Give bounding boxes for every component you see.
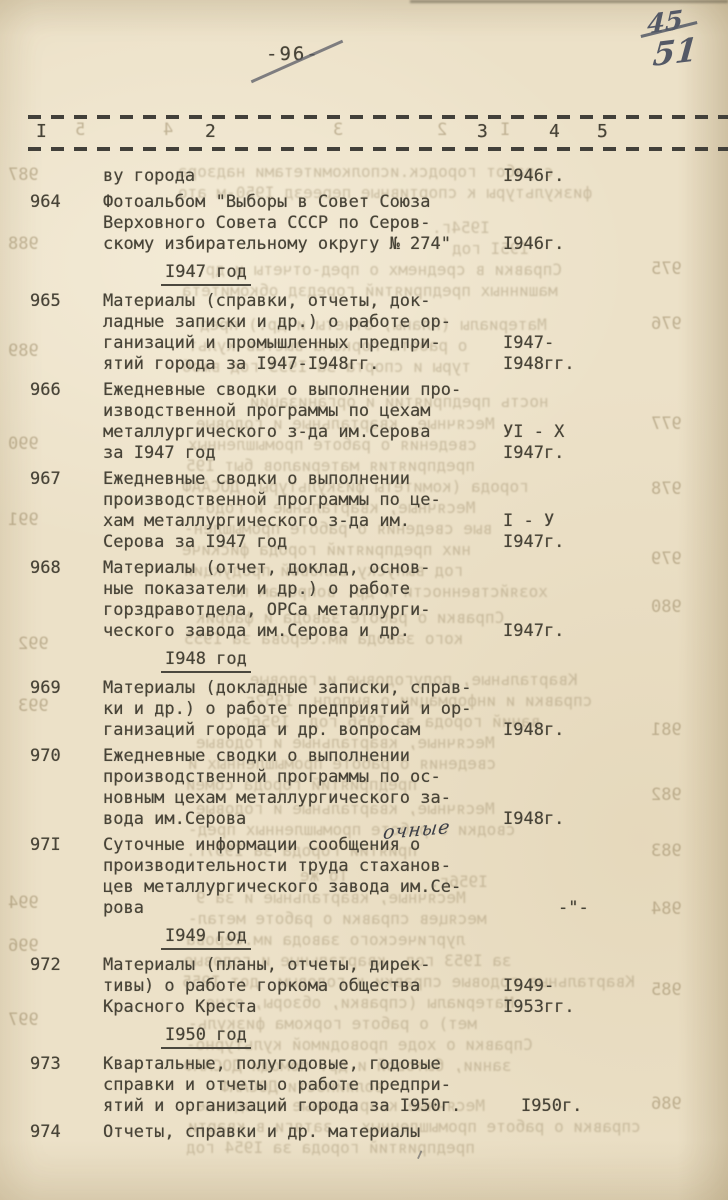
entry-date: I950г. xyxy=(521,1096,582,1117)
entry-number: 972 xyxy=(30,955,61,976)
entry-line: Квартальные, полугодовые, годовые xyxy=(103,1054,533,1075)
entry-row: 972Материалы (планы, отчеты, дирек-тивы)… xyxy=(0,955,728,1018)
entry-body: Квартальные, полугодовые, годовыесправки… xyxy=(103,1054,533,1117)
entry-line: скому избирательному округу № 274"I946г. xyxy=(103,234,533,255)
column-header: 3 xyxy=(477,121,488,142)
entry-number: 966 xyxy=(30,380,61,401)
entry-text: рова xyxy=(103,898,144,918)
column-header: 5 xyxy=(597,121,608,142)
entry-number: 967 xyxy=(30,469,61,490)
entry-line: ганизаций и промышленных предпри-I947- xyxy=(103,333,533,354)
entry-body: Материалы (планы, отчеты, дирек-тивы) о … xyxy=(103,955,533,1018)
entry-line: изводственной программы по цехам xyxy=(103,401,533,422)
entry-number: 973 xyxy=(30,1054,61,1075)
year-heading: I950 год xyxy=(0,1025,728,1049)
entry-line: производственной программы по ос- xyxy=(103,767,533,788)
entry-text: производительности труда стаханов- xyxy=(103,856,451,876)
entry-text: ческого завода им.Серова и др. xyxy=(103,621,410,641)
entry-line: хам металлургического з-да им.I - У xyxy=(103,511,533,532)
entry-line: Красного КрестаI953гг. xyxy=(103,997,533,1018)
scanned-page: с работ городск.исполкомитетами надзораф… xyxy=(0,0,728,1200)
entry-row: 974Отчеты, справки и др. материалы xyxy=(0,1122,728,1143)
entry-line: за I947 годI947г. xyxy=(103,443,533,464)
entry-line: Суточные информации сообщения оочные xyxy=(103,835,533,856)
entry-text: скому избирательному округу № 274" xyxy=(103,234,451,254)
entry-body: Ежедневные сводки о выполнениипроизводст… xyxy=(103,469,533,553)
entry-date: I948г. xyxy=(503,809,564,830)
entry-line: справки и отчеты о работе предпри- xyxy=(103,1075,533,1096)
entry-line: Ежедневные сводки о выполнении про- xyxy=(103,380,533,401)
entry-line: ные показатели и др.) о работе xyxy=(103,579,533,600)
entry-text: ву города xyxy=(103,166,195,186)
entry-text: производственной программы по ос- xyxy=(103,767,441,787)
entry-date: I947г. xyxy=(503,621,564,642)
entry-body: Суточные информации сообщения оочныепрои… xyxy=(103,835,533,919)
entry-line: ки и др.) о работе предприятий и ор- xyxy=(103,699,533,720)
entry-body: Материалы (справки, отчеты, док-ладные з… xyxy=(103,291,533,375)
entry-text: изводственной программы по цехам xyxy=(103,401,431,421)
entry-text: Материалы (планы, отчеты, дирек- xyxy=(103,955,431,975)
entry-line: ладные записки и др.) о работе ор- xyxy=(103,312,533,333)
entry-text: ладные записки и др.) о работе ор- xyxy=(103,312,451,332)
entry-text: за I947 год xyxy=(103,443,216,463)
entry-line: рова-"- xyxy=(103,898,533,919)
entry-text: Ежедневные сводки о выполнении про- xyxy=(103,380,461,400)
entry-date: I953гг. xyxy=(503,997,575,1018)
entry-text: вода им.Серова xyxy=(103,809,246,829)
entry-number: 974 xyxy=(30,1122,61,1143)
entry-date: -"- xyxy=(558,898,589,919)
entry-number: 964 xyxy=(30,192,61,213)
entry-line: производственной программы по це- xyxy=(103,490,533,511)
entry-text: ганизаций города и др. вопросам xyxy=(103,720,420,740)
entry-line: новным цехам металлургического за- xyxy=(103,788,533,809)
entry-line: ганизаций города и др. вопросамI948г. xyxy=(103,720,533,741)
entry-line: Ежедневные сводки о выполнении xyxy=(103,746,533,767)
entry-date: I947г. xyxy=(503,443,564,464)
year-heading-text: I947 год xyxy=(161,262,251,286)
entry-text: Верховного Совета СССР по Серов- xyxy=(103,213,431,233)
entry-date: I947г. xyxy=(503,532,564,553)
entry-body: Ежедневные сводки о выполнении про-извод… xyxy=(103,380,533,464)
entry-date: I948г. xyxy=(503,720,564,741)
entry-text: ные показатели и др.) о работе xyxy=(103,579,410,599)
entry-date: I946г. xyxy=(503,234,564,255)
entry-row: ву городаI946г. xyxy=(0,166,728,187)
column-header: 4 xyxy=(549,121,560,142)
entry-text: Суточные информации сообщения о xyxy=(103,835,420,855)
entry-row: 969Материалы (докладные записки, справ-к… xyxy=(0,678,728,741)
entry-text: Отчеты, справки и др. материалы xyxy=(103,1122,420,1142)
entry-text: Материалы (справки, отчеты, док- xyxy=(103,291,431,311)
entry-line: ятий и организаций города за I950г.I950г… xyxy=(103,1096,533,1117)
bleed-through-number: 3 xyxy=(333,120,343,140)
entry-text: Квартальные, полугодовые, годовые xyxy=(103,1054,441,1074)
entry-text: Материалы (отчет, доклад, основ- xyxy=(103,558,431,578)
entry-date: I947- xyxy=(503,333,554,354)
entry-row: 965Материалы (справки, отчеты, док-ладны… xyxy=(0,291,728,375)
entry-text: Фотоальбом "Выборы в Совет Союза xyxy=(103,192,431,212)
entry-text: Красного Креста xyxy=(103,997,257,1017)
entry-row: 97IСуточные информации сообщения оочныеп… xyxy=(0,835,728,919)
entry-date: I - У xyxy=(503,511,554,532)
year-heading: I948 год xyxy=(0,649,728,673)
year-heading: I947 год xyxy=(0,262,728,286)
entry-line: Ежедневные сводки о выполнении xyxy=(103,469,533,490)
entry-line: цев металлургического завода им.Се- xyxy=(103,877,533,898)
entry-line: ятий города за I947-I948гг.I948гг. xyxy=(103,354,533,375)
entry-text: Ежедневные сводки о выполнении xyxy=(103,469,410,489)
entry-row: 967Ежедневные сводки о выполнениипроизво… xyxy=(0,469,728,553)
entry-number: 969 xyxy=(30,678,61,699)
entry-number: 97I xyxy=(30,835,61,856)
bleed-through-number: I xyxy=(500,120,510,140)
table-rule-bottom xyxy=(28,147,728,151)
entry-date: УI - Х xyxy=(503,422,564,443)
inventory-entries: ву городаI946г.964Фотоальбом "Выборы в С… xyxy=(0,166,728,1148)
column-header: 2 xyxy=(205,121,216,142)
year-heading: I949 год xyxy=(0,926,728,950)
bleed-through-number: 2 xyxy=(437,120,447,140)
entry-line: Материалы (докладные записки, справ- xyxy=(103,678,533,699)
entry-date: I946г. xyxy=(503,166,564,187)
year-heading-text: I949 год xyxy=(161,926,251,950)
entry-row: 968Материалы (отчет, доклад, основ-ные п… xyxy=(0,558,728,642)
entry-row: 966Ежедневные сводки о выполнении про-из… xyxy=(0,380,728,464)
handwritten-insertion: очные xyxy=(382,817,452,844)
table-rule-top xyxy=(28,115,728,119)
entry-text: ки и др.) о работе предприятий и ор- xyxy=(103,699,471,719)
year-heading-text: I948 год xyxy=(161,649,251,673)
entry-number: 965 xyxy=(30,291,61,312)
entry-line: тивы) о работе горкома обществаI949- xyxy=(103,976,533,997)
entry-row: 970Ежедневные сводки о выполнениипроизво… xyxy=(0,746,728,830)
entry-line: вода им.СероваI948г. xyxy=(103,809,533,830)
scan-edge-shadow xyxy=(410,0,728,3)
entry-line: Фотоальбом "Выборы в Совет Союза xyxy=(103,192,533,213)
entry-body: ву городаI946г. xyxy=(103,166,533,187)
entry-text: справки и отчеты о работе предпри- xyxy=(103,1075,451,1095)
entry-body: Отчеты, справки и др. материалы xyxy=(103,1122,533,1143)
entry-line: Материалы (справки, отчеты, док- xyxy=(103,291,533,312)
entry-number: 970 xyxy=(30,746,61,767)
entry-body: Материалы (отчет, доклад, основ-ные пока… xyxy=(103,558,533,642)
entry-body: Фотоальбом "Выборы в Совет СоюзаВерховно… xyxy=(103,192,533,255)
entry-text: Материалы (докладные записки, справ- xyxy=(103,678,471,698)
entry-line: металлургического з-да им.СероваУI - Х xyxy=(103,422,533,443)
entry-text: производственной программы по це- xyxy=(103,490,441,510)
entry-row: 973Квартальные, полугодовые, годовыеспра… xyxy=(0,1054,728,1117)
entry-text: Серова за I947 год xyxy=(103,532,287,552)
entry-body: Материалы (докладные записки, справ-ки и… xyxy=(103,678,533,741)
entry-text: тивы) о работе горкома общества xyxy=(103,976,420,996)
entry-line: производительности труда стаханов- xyxy=(103,856,533,877)
entry-text: ятий города за I947-I948гг. xyxy=(103,354,379,374)
entry-line: ческого завода им.Серова и др.I947г. xyxy=(103,621,533,642)
entry-text: ганизаций и промышленных предпри- xyxy=(103,333,441,353)
entry-number: 968 xyxy=(30,558,61,579)
entry-line: Верховного Совета СССР по Серов- xyxy=(103,213,533,234)
bleed-through-number: 4 xyxy=(163,120,173,140)
entry-text: металлургического з-да им.Серова xyxy=(103,422,431,442)
folio-number: 51 xyxy=(651,30,699,74)
entry-text: цев металлургического завода им.Се- xyxy=(103,877,461,897)
bleed-through-number: 5 xyxy=(75,120,85,140)
entry-body: Ежедневные сводки о выполнениипроизводст… xyxy=(103,746,533,830)
column-header: I xyxy=(36,121,47,142)
entry-line: ву городаI946г. xyxy=(103,166,533,187)
entry-line: горздравотдела, ОРСа металлурги- xyxy=(103,600,533,621)
entry-row: 964Фотоальбом "Выборы в Совет СоюзаВерхо… xyxy=(0,192,728,255)
entry-text: хам металлургического з-да им. xyxy=(103,511,410,531)
entry-text: горздравотдела, ОРСа металлурги- xyxy=(103,600,431,620)
entry-text: Ежедневные сводки о выполнении xyxy=(103,746,410,766)
entry-text: новным цехам металлургического за- xyxy=(103,788,451,808)
entry-line: Материалы (планы, отчеты, дирек- xyxy=(103,955,533,976)
entry-line: Материалы (отчет, доклад, основ- xyxy=(103,558,533,579)
entry-line: Отчеты, справки и др. материалы xyxy=(103,1122,533,1143)
year-heading-text: I950 год xyxy=(161,1025,251,1049)
entry-date: I948гг. xyxy=(503,354,575,375)
entry-date: I949- xyxy=(503,976,554,997)
entry-text: ятий и организаций города за I950г. xyxy=(103,1096,461,1116)
entry-line: Серова за I947 годI947г. xyxy=(103,532,533,553)
